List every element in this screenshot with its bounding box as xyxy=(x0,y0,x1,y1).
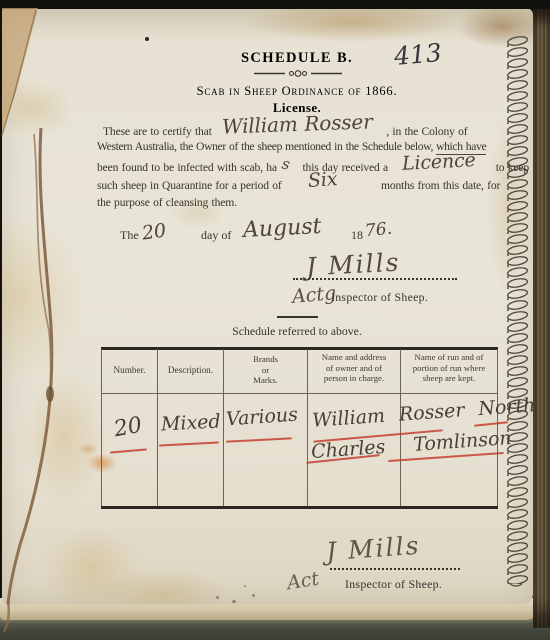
body-line-5: the purpose of cleansing them. xyxy=(97,196,237,209)
body-line-4: such sheep in Quarantine for a period of… xyxy=(97,177,500,192)
header-run: Name of run and of portion of run where … xyxy=(401,352,497,384)
inspector-title-top: Inspector of Sheep. xyxy=(331,290,428,305)
body-line-1: These are to certify thatWilliam Rosser,… xyxy=(103,122,467,138)
handwritten-s: s xyxy=(281,157,291,171)
desk-background xyxy=(0,617,550,640)
handwritten-owner-name: William Rosser xyxy=(222,115,373,133)
body-line4-pre: such sheep in Quarantine for a period of xyxy=(97,179,282,192)
header-number: Number. xyxy=(102,365,157,376)
section-divider-rule xyxy=(277,316,318,318)
ink-dot xyxy=(145,37,149,41)
body-line5-text: the purpose of cleansing them. xyxy=(97,196,237,209)
row-description: Mixed xyxy=(160,410,221,435)
table-bottom-border xyxy=(101,506,498,509)
body-line4-post: months from this date, for xyxy=(381,179,500,192)
handwritten-day: 20 xyxy=(141,219,168,244)
body-line3-post: to keep xyxy=(496,161,529,174)
binding-thread xyxy=(0,0,80,640)
signature-bottom-dotted-line xyxy=(330,568,460,570)
speck xyxy=(244,585,246,587)
handwritten-licence: Licence xyxy=(402,154,476,171)
speck xyxy=(232,600,236,603)
signature-top-dotted-line xyxy=(293,278,457,280)
body-line3-pre: been found to be infected with scab, ha xyxy=(97,161,277,174)
certify-pre-text: These are to certify that xyxy=(103,125,212,138)
handwritten-year: 76. xyxy=(364,219,393,242)
handwritten-month: August xyxy=(242,214,322,243)
coil-border-decoration xyxy=(504,36,531,588)
table-header-separator xyxy=(101,393,497,394)
day-of-label: day of xyxy=(201,228,231,243)
handwritten-six: Six xyxy=(307,173,337,188)
row-number: 20 xyxy=(112,413,144,442)
photographed-document: 413 SCHEDULE B. Scab in Sheep Ordinance … xyxy=(0,0,550,640)
schedule-caption: Schedule referred to above. xyxy=(96,324,498,339)
schedule-title: SCHEDULE B. xyxy=(96,50,498,67)
speck xyxy=(252,594,255,597)
header-description: Description. xyxy=(158,365,223,376)
book-binding-edge xyxy=(533,6,550,628)
date-prefix: The xyxy=(120,228,139,243)
top-shadow-edge xyxy=(0,0,550,9)
speck xyxy=(216,596,219,599)
body-line2-text: Western Australia, the Owner of the shee… xyxy=(97,140,433,153)
header-brands: Brands or Marks. xyxy=(224,354,307,386)
certify-post-text: , in the Colony of xyxy=(386,125,467,138)
year-printed: 18 xyxy=(351,228,363,243)
table-top-border xyxy=(101,347,498,350)
ornament-rule xyxy=(254,69,342,78)
header-owner: Name and address of owner and of person … xyxy=(308,352,400,384)
signature-top-name: J Mills xyxy=(305,248,401,282)
ordinance-title: Scab in Sheep Ordinance of 1866. xyxy=(96,84,498,99)
inspector-title-bottom: Inspector of Sheep. xyxy=(345,577,442,592)
